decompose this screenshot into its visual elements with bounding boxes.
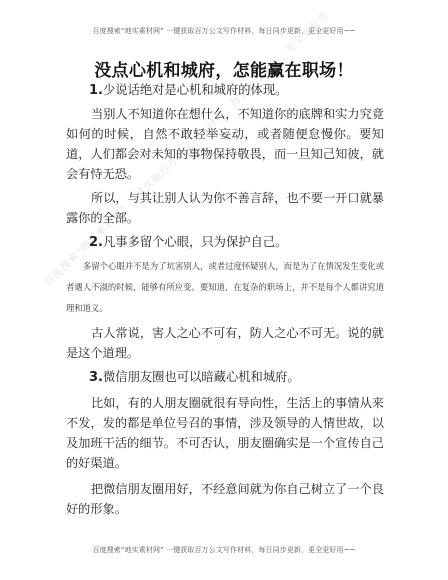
section-heading-3: 3.微信朋友圈也可以暗藏心机和城府。 (66, 367, 384, 388)
section-heading-1: 1.少说话绝对是心机和城府的体现。 (66, 80, 384, 101)
section-number: 1. (89, 83, 103, 98)
document-body: 1.少说话绝对是心机和城府的体现。 当别人不知道你在想什么，不知道你的底牌和实力… (66, 80, 384, 519)
section-heading-text: 凡事多留个心眼，只为保护自己。 (103, 235, 287, 249)
paragraph: 比如，有的人朋友圈就很有导向性，生活上的事情从来不发，发的都是单位号召的事情，涉… (66, 393, 384, 473)
document-page: 百度搜索“地实素材网” 一键获取百万公文写作材料，每日同步更新，更全更好用 百度… (0, 0, 448, 580)
footer-banner: 百度搜索“地实素材网” 一键获取百万公文写作材料，每日同步更新，更全更好用~~ (0, 545, 448, 555)
section-heading-text: 少说话绝对是心机和城府的体现。 (103, 83, 287, 97)
paragraph: 古人常说，害人之心不可有，防人之心不可无。说的就是这个道理。 (66, 323, 384, 363)
section-number: 2. (89, 235, 103, 250)
section-heading-2: 2.凡事多留个心眼，只为保护自己。 (66, 232, 384, 253)
section-number: 3. (89, 370, 103, 385)
paragraph: 当别人不知道你在想什么，不知道你的底牌和实力究竟如何的时候，自然不敢轻举妄动，或… (66, 104, 384, 184)
header-banner: 百度搜索“地实素材网” 一键获取百万公文写作材料，每日同步更新，更全更好用~~ (0, 26, 448, 36)
document-title: 没点心机和城府，怎能赢在职场！ (0, 56, 448, 81)
paragraph: 把微信朋友圈用好，不经意间就为你自己树立了一个良好的形象。 (66, 479, 384, 519)
section-heading-text: 微信朋友圈也可以暗藏心机和城府。 (103, 370, 300, 384)
paragraph-small: 多留个心眼并不是为了坑害别人，或者过度怀疑别人，而是为了在情况发生变化或者遇人不… (66, 256, 384, 319)
paragraph: 所以，与其让别人认为你不善言辞，也不要一开口就暴露你的全部。 (66, 188, 384, 228)
